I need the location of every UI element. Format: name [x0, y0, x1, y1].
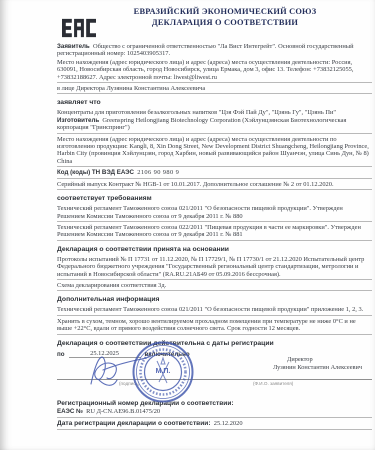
manufacturer-line: Изготовитель Greenspring Heilongjiang Bi… — [57, 117, 372, 134]
document-title: ЕВРАЗИЙСКИЙ ЭКОНОМИЧЕСКИЙ СОЮЗ ДЕКЛАРАЦИ… — [90, 7, 360, 28]
applicant-label: Заявитель — [57, 43, 90, 50]
registration-block: Регистрационный номер декларации о соотв… — [57, 400, 372, 431]
registration-number: RU Д-CN.АЕ96.В.01475/20 — [86, 408, 160, 415]
manufacturer-label: Изготовитель — [57, 117, 99, 124]
signature-area: по 25.12.2025 включительно — [57, 350, 372, 400]
basis-heading: Декларация о соответствии принята на осн… — [57, 246, 372, 254]
declares-heading: заявляет что — [57, 99, 372, 107]
declaration-title: ДЕКЛАРАЦИЯ О СООТВЕТСТВИИ — [90, 18, 360, 29]
signer-block: Директор Лузянин Константин Алексеевич — [273, 356, 362, 372]
document-body: Заявитель Общество с ограниченной ответс… — [57, 43, 372, 432]
declaration-document: ЕВРАЗИЙСКИЙ ЭКОНОМИЧЕСКИЙ СОЮЗ ДЕКЛАРАЦИ… — [0, 0, 375, 450]
manufacturer-address: Место нахождения (адрес юридического лиц… — [57, 136, 372, 168]
applicant-text: Общество с ограниченной ответственностью… — [57, 43, 354, 57]
registration-date-line: Дата регистрации декларации о соответств… — [57, 420, 372, 430]
scheme-text: Схема декларирования соответствия 3д. — [57, 282, 372, 291]
batch-line: Серийный выпуск Контракт № HGB-1 от 10.0… — [57, 181, 372, 190]
stamp-mp-text: М.П. — [131, 340, 195, 404]
applicant-person: в лице Директора Лузянина Константина Ал… — [57, 85, 372, 94]
name-caption: (Ф.И.О. заявителя) — [253, 381, 293, 386]
compliance-heading: соответствует требованиям — [57, 195, 372, 203]
regulation-item: Технический регламент Таможенного союза … — [57, 205, 372, 222]
signer-title: Директор — [287, 356, 362, 364]
valid-until-label: по — [57, 351, 65, 358]
applicant-address: Место нахождения (адрес юридического лиц… — [57, 59, 372, 83]
tnved-line: Код (коды) ТН ВЭД ЕАЭС 2106 90 980 9 — [57, 169, 372, 178]
manufacturer-name: Greenspring Heilongjiang Biotechnology C… — [57, 117, 346, 131]
additional-heading: Дополнительная информация — [57, 296, 372, 304]
applicant-line: Заявитель Общество с ограниченной ответс… — [57, 43, 372, 58]
union-name: ЕВРАЗИЙСКИЙ ЭКОНОМИЧЕСКИЙ СОЮЗ — [90, 7, 360, 18]
signer-name: Лузянин Константин Алексеевич — [273, 364, 362, 372]
additional-line2: Хранить в сухом, темном, хорошо вентилир… — [57, 318, 372, 335]
eaes-prefix: ЕАЭС № — [57, 408, 83, 415]
tnved-label: Код (коды) ТН ВЭД ЕАЭС — [57, 169, 134, 176]
product-name: Концентраты для приготовления безалкогол… — [57, 109, 372, 116]
additional-line1: Технический регламент Таможенного союза … — [57, 306, 372, 315]
registration-number-line: ЕАЭС № RU Д-CN.АЕ96.В.01475/20 — [57, 408, 372, 418]
registration-date-label: Дата регистрации декларации о соответств… — [57, 420, 211, 427]
tnved-code: 2106 90 980 9 — [137, 169, 179, 176]
registration-number-label: Регистрационный номер декларации о соотв… — [57, 400, 372, 408]
regulation-item: Технический регламент Таможенного союза … — [57, 224, 372, 241]
registration-date: 25.12.2020 — [214, 420, 243, 427]
protocols-text: Протоколы испытаний № П 17731 от 11.12.2… — [57, 256, 372, 280]
